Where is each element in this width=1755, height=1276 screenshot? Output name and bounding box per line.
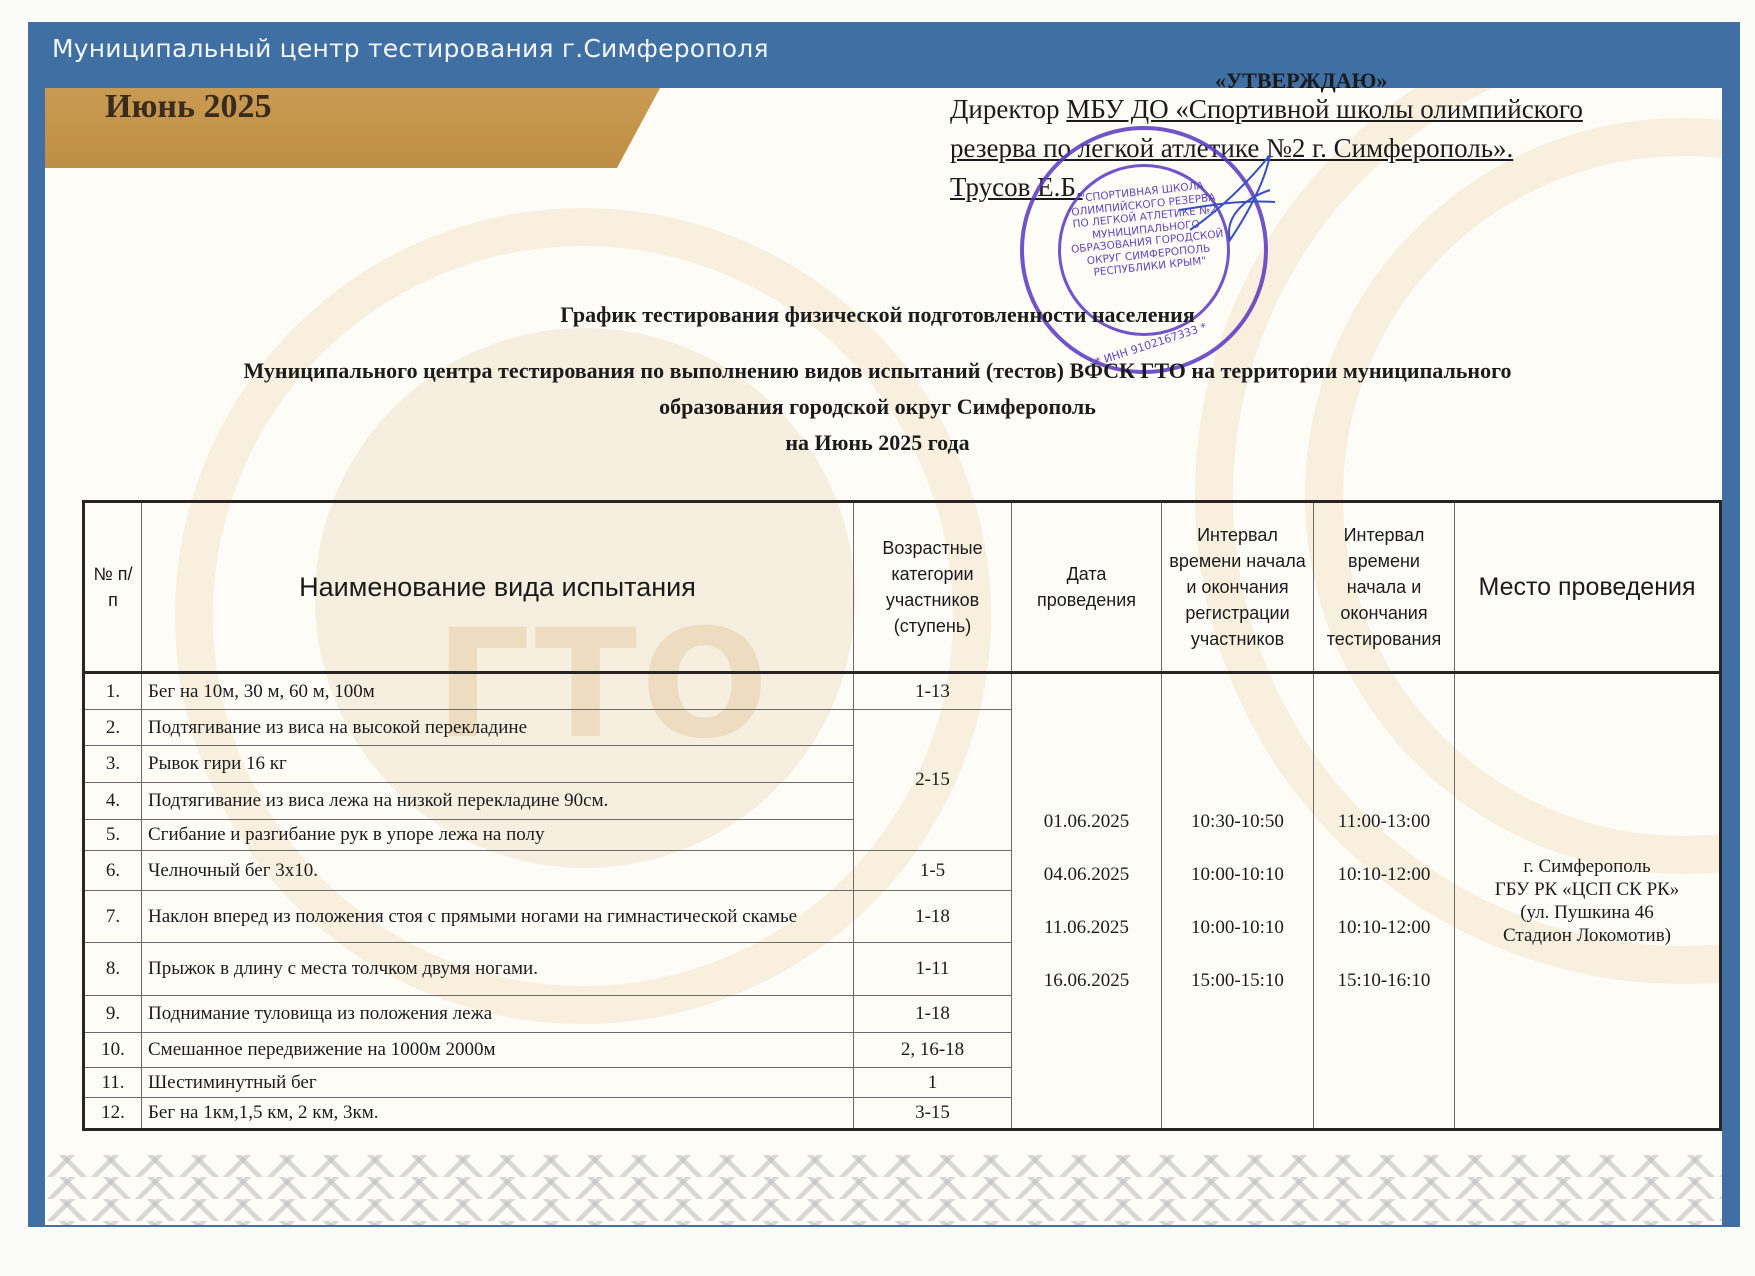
- testing-list: 11:00-13:0010:10-12:0010:10-12:0015:10-1…: [1320, 795, 1448, 1007]
- age-category: 2, 16-18: [854, 1033, 1012, 1068]
- session-registration: 15:00-15:10: [1168, 954, 1307, 1007]
- session-date: 16.06.2025: [1018, 954, 1155, 1007]
- document-subtitle-1: Муниципального центра тестирования по вы…: [0, 358, 1755, 384]
- header-num: № п/п: [84, 502, 142, 673]
- row-number: 10.: [84, 1033, 142, 1068]
- venue-line3: (ул. Пушкина 46: [1461, 901, 1713, 924]
- document-subtitle-3: на Июнь 2025 года: [0, 430, 1755, 456]
- header-testing: Интервал времени начала и окончания тест…: [1314, 502, 1455, 673]
- age-category: 1: [854, 1068, 1012, 1098]
- table-row: 1.Бег на 10м, 30 м, 60 м, 100м1-1301.06.…: [84, 673, 1721, 710]
- approval-line-1: Директор МБУ ДО «Спортивной школы олимпи…: [950, 94, 1583, 125]
- approval-organization: МБУ ДО «Спортивной школы олимпийского: [1066, 94, 1583, 124]
- test-name: Шестиминутный бег: [142, 1068, 854, 1098]
- header-venue: Место проведения: [1455, 502, 1721, 673]
- session-date: 04.06.2025: [1018, 848, 1155, 901]
- row-number: 3.: [84, 746, 142, 783]
- approval-position: Директор: [950, 94, 1066, 124]
- test-name: Челночный бег 3х10.: [142, 851, 854, 891]
- test-name: Смешанное передвижение на 1000м 2000м: [142, 1033, 854, 1068]
- banner-title: Муниципальный центр тестирования г.Симфе…: [52, 34, 769, 63]
- test-name: Подтягивание из виса на высокой переклад…: [142, 710, 854, 746]
- age-category: 1-5: [854, 851, 1012, 891]
- session-registration: 10:00-10:10: [1168, 901, 1307, 954]
- month-label: Июнь 2025: [105, 88, 272, 126]
- session-testing: 15:10-16:10: [1320, 954, 1448, 1007]
- venue-line1: г. Симферополь: [1461, 855, 1713, 878]
- row-number: 7.: [84, 891, 142, 943]
- venue-line4: Стадион Локомотив): [1461, 924, 1713, 947]
- age-category: 1-13: [854, 673, 1012, 710]
- venue-cell: г. СимферопольГБУ РК «ЦСП СК РК»(ул. Пуш…: [1455, 673, 1721, 1130]
- session-testing: 10:10-12:00: [1320, 848, 1448, 901]
- test-name: Бег на 1км,1,5 км, 2 км, 3км.: [142, 1098, 854, 1130]
- row-number: 4.: [84, 783, 142, 820]
- row-number: 5.: [84, 820, 142, 851]
- zigzag-border-decoration: [45, 1155, 1722, 1225]
- date-list: 01.06.202504.06.202511.06.202516.06.2025: [1018, 795, 1155, 1007]
- testing-column: 11:00-13:0010:10-12:0010:10-12:0015:10-1…: [1314, 673, 1455, 1130]
- document-subtitle-2: образования городской округ Симферополь: [0, 394, 1755, 420]
- header-name: Наименование вида испытания: [142, 502, 854, 673]
- header-date: Дата проведения: [1012, 502, 1162, 673]
- age-category: 1-18: [854, 996, 1012, 1033]
- session-registration: 10:00-10:10: [1168, 848, 1307, 901]
- test-name: Наклон вперед из положения стоя с прямым…: [142, 891, 854, 943]
- header-age: Возрастные категории участников (ступень…: [854, 502, 1012, 673]
- session-date: 01.06.2025: [1018, 795, 1155, 848]
- table-header-row: № п/п Наименование вида испытания Возрас…: [84, 502, 1721, 673]
- age-category: 3-15: [854, 1098, 1012, 1130]
- signature-icon: [1170, 150, 1280, 260]
- date-column: 01.06.202504.06.202511.06.202516.06.2025: [1012, 673, 1162, 1130]
- test-name: Подтягивание из виса лежа на низкой пере…: [142, 783, 854, 820]
- row-number: 12.: [84, 1098, 142, 1130]
- venue-line2: ГБУ РК «ЦСП СК РК»: [1461, 878, 1713, 901]
- test-name: Прыжок в длину с места толчком двумя ног…: [142, 943, 854, 996]
- test-name: Бег на 10м, 30 м, 60 м, 100м: [142, 673, 854, 710]
- registration-column: 10:30-10:5010:00-10:1010:00-10:1015:00-1…: [1162, 673, 1314, 1130]
- row-number: 8.: [84, 943, 142, 996]
- schedule-table: № п/п Наименование вида испытания Возрас…: [82, 500, 1722, 1131]
- approval-title: «УТВЕРЖДАЮ»: [1215, 68, 1387, 94]
- registration-list: 10:30-10:5010:00-10:1010:00-10:1015:00-1…: [1168, 795, 1307, 1007]
- age-category: 1-18: [854, 891, 1012, 943]
- header-registration: Интервал времени начала и окончания реги…: [1162, 502, 1314, 673]
- session-testing: 11:00-13:00: [1320, 795, 1448, 848]
- age-category: 2-15: [854, 710, 1012, 851]
- row-number: 1.: [84, 673, 142, 710]
- test-name: Рывок гири 16 кг: [142, 746, 854, 783]
- session-testing: 10:10-12:00: [1320, 901, 1448, 954]
- row-number: 6.: [84, 851, 142, 891]
- age-category: 1-11: [854, 943, 1012, 996]
- session-date: 11.06.2025: [1018, 901, 1155, 954]
- row-number: 9.: [84, 996, 142, 1033]
- test-name: Сгибание и разгибание рук в упоре лежа н…: [142, 820, 854, 851]
- session-registration: 10:30-10:50: [1168, 795, 1307, 848]
- row-number: 11.: [84, 1068, 142, 1098]
- test-name: Поднимание туловища из положения лежа: [142, 996, 854, 1033]
- document-title: График тестирования физической подготовл…: [0, 302, 1755, 328]
- row-number: 2.: [84, 710, 142, 746]
